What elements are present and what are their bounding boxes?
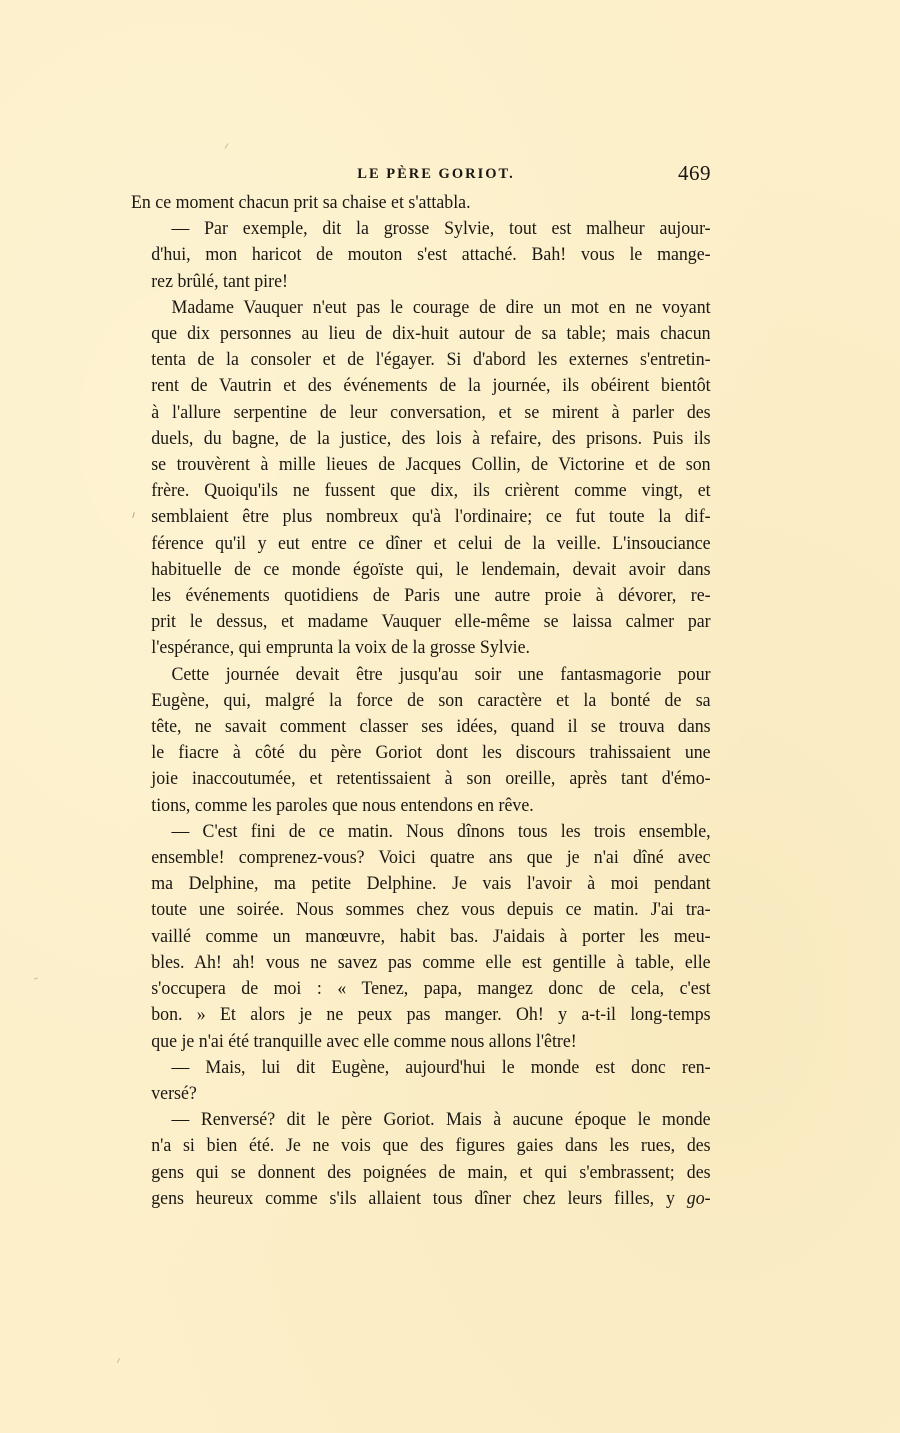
text-line: ma Delphine, ma petite Delphine. Je vais… <box>131 871 711 897</box>
body-text: En ce moment chacun prit sa chaise et s'… <box>131 190 711 1212</box>
text-line: — Renversé? dit le père Goriot. Mais à a… <box>131 1107 711 1133</box>
text-line: tenta de la consoler et de l'égayer. Si … <box>131 347 711 373</box>
text-line: toute une soirée. Nous sommes chez vous … <box>131 897 711 923</box>
text-line: vaillé comme un manœuvre, habit bas. J'a… <box>131 924 711 950</box>
text-line: les événements quotidiens de Paris une a… <box>131 583 711 609</box>
text-line: l'espérance, qui emprunta la voix de la … <box>131 635 711 661</box>
text-line: — C'est fini de ce matin. Nous dînons to… <box>131 819 711 845</box>
text-line: que je n'ai été tranquille avec elle com… <box>131 1029 711 1055</box>
text-line: rent de Vautrin et des événements de la … <box>131 373 711 399</box>
text-line: rez brûlé, tant pire! <box>131 269 711 295</box>
text-line: Cette journée devait être jusqu'au soir … <box>131 662 711 688</box>
text-line: se trouvèrent à mille lieues de Jacques … <box>131 452 711 478</box>
running-head: LE PÈRE GORIOT. 469 <box>131 160 711 188</box>
running-title: LE PÈRE GORIOT. <box>131 166 711 183</box>
text-line: gens qui se donnent des poignées de main… <box>131 1160 711 1186</box>
text-line: que dix personnes au lieu de dix-huit au… <box>131 321 711 347</box>
text-line: d'hui, mon haricot de mouton s'est attac… <box>131 242 711 268</box>
text-line: à l'allure serpentine de leur conversati… <box>131 400 711 426</box>
text-line: frère. Quoiqu'ils ne fussent que dix, il… <box>131 478 711 504</box>
text-line: n'a si bien été. Je ne vois que des figu… <box>131 1133 711 1159</box>
text-line: semblaient être plus nombreux qu'à l'ord… <box>131 504 711 530</box>
text-line: le fiacre à côté du père Goriot dont les… <box>131 740 711 766</box>
text-line: prit le dessus, et madame Vauquer elle-m… <box>131 609 711 635</box>
text-line: versé? <box>131 1081 711 1107</box>
text-line: — Par exemple, dit la grosse Sylvie, tou… <box>131 216 711 242</box>
text-line: bon. » Et alors je ne peux pas manger. O… <box>131 1002 711 1028</box>
text-line: tête, ne savait comment classer ses idée… <box>131 714 711 740</box>
paragraph: — Par exemple, dit la grosse Sylvie, tou… <box>131 216 711 295</box>
text-line: gens heureux comme s'ils allaient tous d… <box>131 1186 711 1212</box>
text-line: férence qu'il y eut entre ce dîner et ce… <box>131 531 711 557</box>
paragraph: — Renversé? dit le père Goriot. Mais à a… <box>131 1107 711 1212</box>
text-line: tions, comme les paroles que nous entend… <box>131 793 711 819</box>
paragraph: Cette journée devait être jusqu'au soir … <box>131 662 711 819</box>
paragraph: En ce moment chacun prit sa chaise et s'… <box>131 190 711 216</box>
paragraph: — C'est fini de ce matin. Nous dînons to… <box>131 819 711 1055</box>
text-line: Madame Vauquer n'eut pas le courage de d… <box>131 295 711 321</box>
text-line: ensemble! comprenez-vous? Voici quatre a… <box>131 845 711 871</box>
paragraph: — Mais, lui dit Eugène, aujourd'hui le m… <box>131 1055 711 1107</box>
page-number: 469 <box>678 161 711 186</box>
book-page: LE PÈRE GORIOT. 469 En ce moment chacun … <box>131 160 711 1212</box>
text-line: habituelle de ce monde égoïste qui, le l… <box>131 557 711 583</box>
paragraph: Madame Vauquer n'eut pas le courage de d… <box>131 295 711 662</box>
text-line: — Mais, lui dit Eugène, aujourd'hui le m… <box>131 1055 711 1081</box>
paper-speck <box>34 977 38 979</box>
italic-fragment: go- <box>687 1188 711 1209</box>
paper-speck <box>225 143 229 149</box>
text-line: Eugène, qui, malgré la force de son cara… <box>131 688 711 714</box>
text-line: joie inaccoutumée, et retentissaient à s… <box>131 766 711 792</box>
text-line: duels, du bagne, de la justice, des lois… <box>131 426 711 452</box>
paper-speck <box>117 1358 120 1363</box>
text-line: s'occupera de moi : « Tenez, papa, mange… <box>131 976 711 1002</box>
text-line-body: gens heureux comme s'ils allaient tous d… <box>151 1188 687 1209</box>
text-line: En ce moment chacun prit sa chaise et s'… <box>131 190 711 216</box>
text-line: bles. Ah! ah! vous ne savez pas comme el… <box>131 950 711 976</box>
